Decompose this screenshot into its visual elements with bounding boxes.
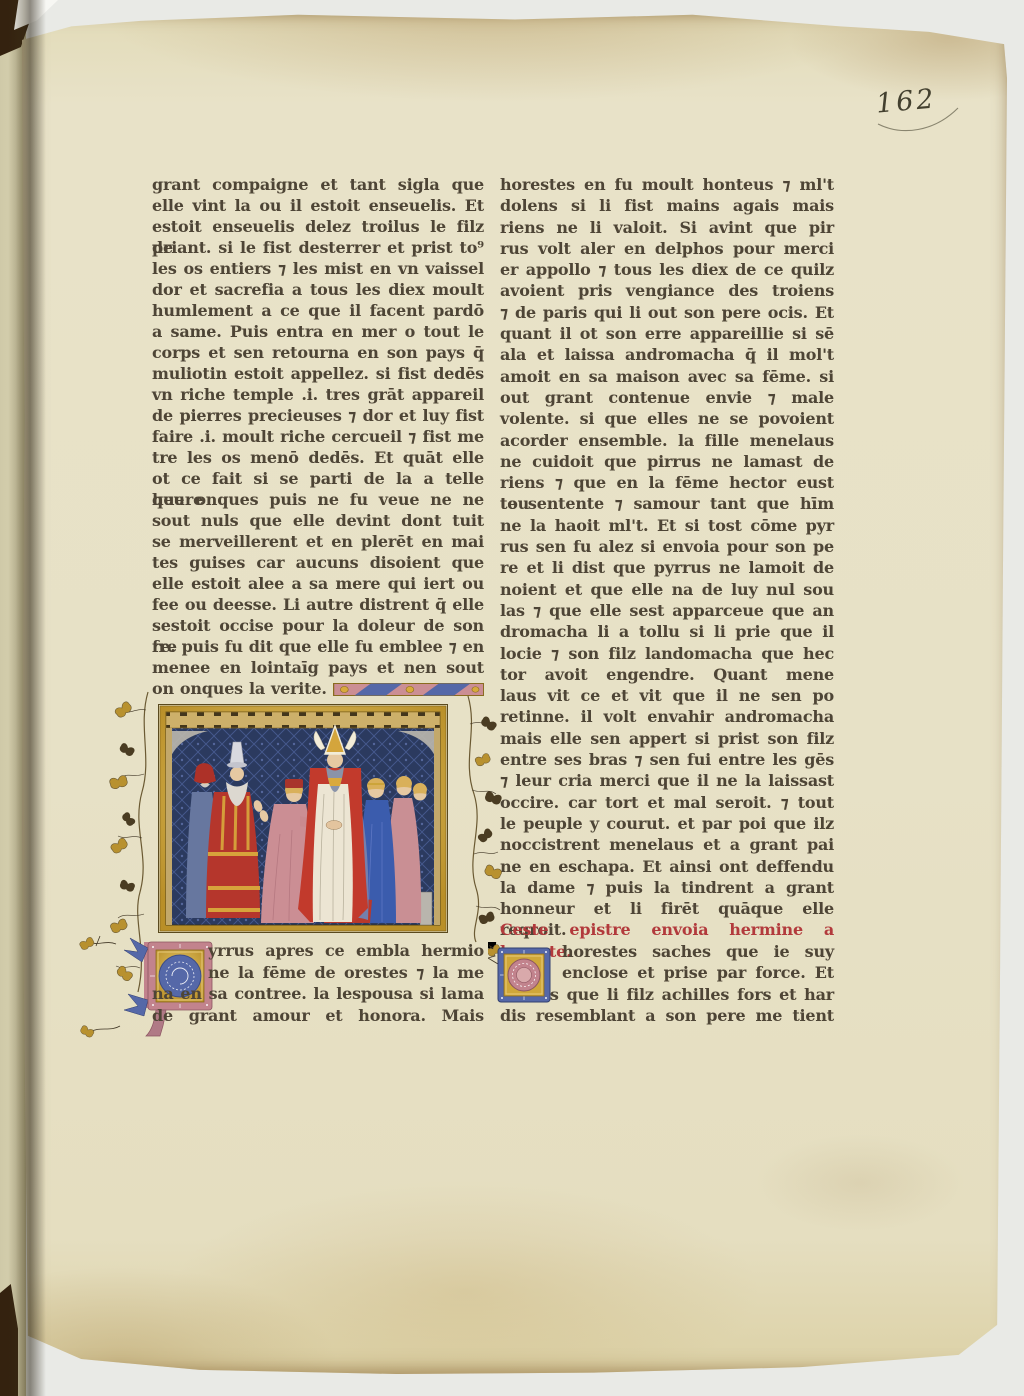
text-line: er appollo ⁊ tous les diex de ce quilz [500, 259, 834, 280]
text-column-right: horestes en fu moult honteus ⁊ ml'tdolen… [500, 174, 834, 1027]
text-line: tes guises car aucuns disoient que [152, 552, 484, 573]
text-line: horestes en fu moult honteus ⁊ ml't [500, 174, 834, 195]
text-line: estoit enseuelis delez troilus le filz d… [152, 216, 484, 237]
text-line: ⁊ leur cria merci que il ne la laissast [500, 770, 834, 791]
text-line: las ⁊ que elle sest apparceue que an [500, 600, 834, 621]
parchment-page: 162 grant compaigne et tant sigla queell… [22, 10, 1008, 1374]
text-line: yrrus apres ce embla hermio [208, 940, 484, 962]
text-line: re et li dist que pyrrus ne lamoit de [500, 557, 834, 578]
left-paragraph: P yrrus apres ce embla hermione la fēme … [152, 940, 484, 1026]
miniature-marriage-scene [158, 704, 448, 933]
text-line: muliotin estoit appellez. si fist dedēs [152, 363, 484, 384]
text-line: ot ce fait si se parti de la a telle heu… [152, 468, 484, 489]
manuscript-photo: { "page_number": "162", "left_column": {… [0, 0, 1024, 1396]
text-line: honneur et li firēt quāque elle reqroit. [500, 898, 834, 919]
initial-letter-p-text: P [152, 940, 153, 941]
left-paragraph-first-lines: yrrus apres ce embla hermione la fēme de… [208, 940, 484, 983]
text-line: avoient pris vengiance des troiens [500, 280, 834, 301]
text-line: ⁊ de paris qui li out son pere ocis. Et [500, 302, 834, 323]
text-line: na en sa contree. la lespousa si lama [152, 983, 484, 1005]
text-line: laus vit ce et vit que il ne sen po [500, 685, 834, 706]
left-paragraph-rest-lines: na en sa contree. la lespousa si lamade … [152, 983, 484, 1026]
text-line: le peuple y courut. et par poi que ilz [500, 813, 834, 834]
ivy-border-right [450, 694, 508, 944]
left-column-lines: grant compaigne et tant sigla queelle vi… [152, 174, 484, 678]
text-line: la dame ⁊ puis la tindrent a grant [500, 877, 834, 898]
text-line: out grant contenue envie ⁊ male [500, 387, 834, 408]
text-line: enclose et prise par force. Et [562, 962, 834, 984]
text-line: occire. car tort et mal seroit. ⁊ tout [500, 792, 834, 813]
text-line: acorder ensemble. la fille menelaus [500, 430, 834, 451]
text-line: retinne. il volt envahir andromacha [500, 706, 834, 727]
text-line: quant il ot son erre appareillie si sē [500, 323, 834, 344]
text-line: corps et sen retourna en son pays q̄ [152, 342, 484, 363]
facing-page-edge [0, 0, 26, 1396]
text-line: tor avoit engendre. Quant mene [500, 664, 834, 685]
text-line: priant. si le fist desterrer et prist to… [152, 237, 484, 258]
text-line: vn riche temple .i. tres grāt appareil [152, 384, 484, 405]
text-line: grant compaigne et tant sigla que [152, 174, 484, 195]
text-column-left: grant compaigne et tant sigla queelle vi… [152, 174, 484, 699]
illuminated-initial-o [488, 942, 558, 1012]
text-line: de grant amour et honora. Mais [152, 1005, 484, 1027]
text-line: noient et que elle na de luy nul sou [500, 579, 834, 600]
right-letter-first-lines: horestes saches que ie suyenclose et pri… [562, 941, 834, 984]
left-column-last-line: on onques la verite. [152, 678, 484, 699]
text-line: ne la fēme de orestes ⁊ la me [208, 962, 484, 984]
text-line: riens ne li valoit. Si avint que pir [500, 217, 834, 238]
rubric-line: Ceste epistre envoia hermine a horeste. [500, 919, 834, 940]
text-line: rus sen fu alez si envoia pour son pe [500, 536, 834, 557]
right-column-lines: horestes en fu moult honteus ⁊ ml'tdolen… [500, 174, 834, 919]
text-line: ala et laissa andromacha q̄ il mol't [500, 344, 834, 365]
text-line: tre les os menō dedēs. Et quāt elle [152, 447, 484, 468]
text-line: sout nuls que elle devint dont tuit [152, 510, 484, 531]
text-line: ne la haoit ml't. Et si tost cōme pyr [500, 515, 834, 536]
text-line: locie ⁊ son filz landomacha que hec [500, 643, 834, 664]
text-line: ne cuidoit que pirrus ne lamast de [500, 451, 834, 472]
page-number: 162 [875, 83, 938, 119]
text-line: mais elle sen appert si prist son filz [500, 728, 834, 749]
text-line: re. puis fu dit que elle fu emblee ⁊ en [152, 636, 484, 657]
text-line: noccistrent menelaus et a grant pai [500, 834, 834, 855]
text-line: amoit en sa maison avec sa fēme. si [500, 366, 834, 387]
text-line: entre ses bras ⁊ sen fui entre les gēs [500, 749, 834, 770]
text-line: faire .i. moult riche cercueil ⁊ fist me [152, 426, 484, 447]
text-line: que onques puis ne fu veue ne ne [152, 489, 484, 510]
page-sliver [14, 0, 58, 30]
text-line: rus volt aler en delphos pour merci [500, 238, 834, 259]
text-line: elle vint la ou il estoit enseuelis. Et [152, 195, 484, 216]
text-line: ne en eschapa. Et ainsi ont deffendu [500, 856, 834, 877]
text-line: humlement a ce que il facent pardō [152, 300, 484, 321]
text-line: on onques la verite. [152, 678, 327, 699]
text-line: elle estoit alee a sa mere qui iert ou [152, 573, 484, 594]
text-line: de pierres precieuses ⁊ dor et luy fist [152, 405, 484, 426]
text-line: dromacha li a tollu si li prie que il [500, 621, 834, 642]
text-line: sestoit occise pour la doleur de son fre [152, 615, 484, 636]
text-line: dor et sacrefia a tous les diex moult [152, 279, 484, 300]
text-line: menee en lointaīg pays et nen sout [152, 657, 484, 678]
text-line: les os entiers ⁊ les mist en vn vaissel [152, 258, 484, 279]
text-line: volente. si que elles ne se povoient [500, 408, 834, 429]
text-line: se merveillerent et en plerēt en mai [152, 531, 484, 552]
right-letter-paragraph: O horestes saches que ie suyenclose et p… [500, 941, 834, 1027]
text-line: riens ⁊ que en la fēme hector eust tou [500, 472, 834, 493]
text-line: horestes saches que ie suy [562, 941, 834, 963]
text-line: fee ou deesse. Li autre distrent q̄ elle [152, 594, 484, 615]
text-line: a same. Puis entra en mer o tout le [152, 321, 484, 342]
text-line: te sentente ⁊ samour tant que hīm [500, 493, 834, 514]
text-line: dolens si li fist mains agais mais [500, 195, 834, 216]
